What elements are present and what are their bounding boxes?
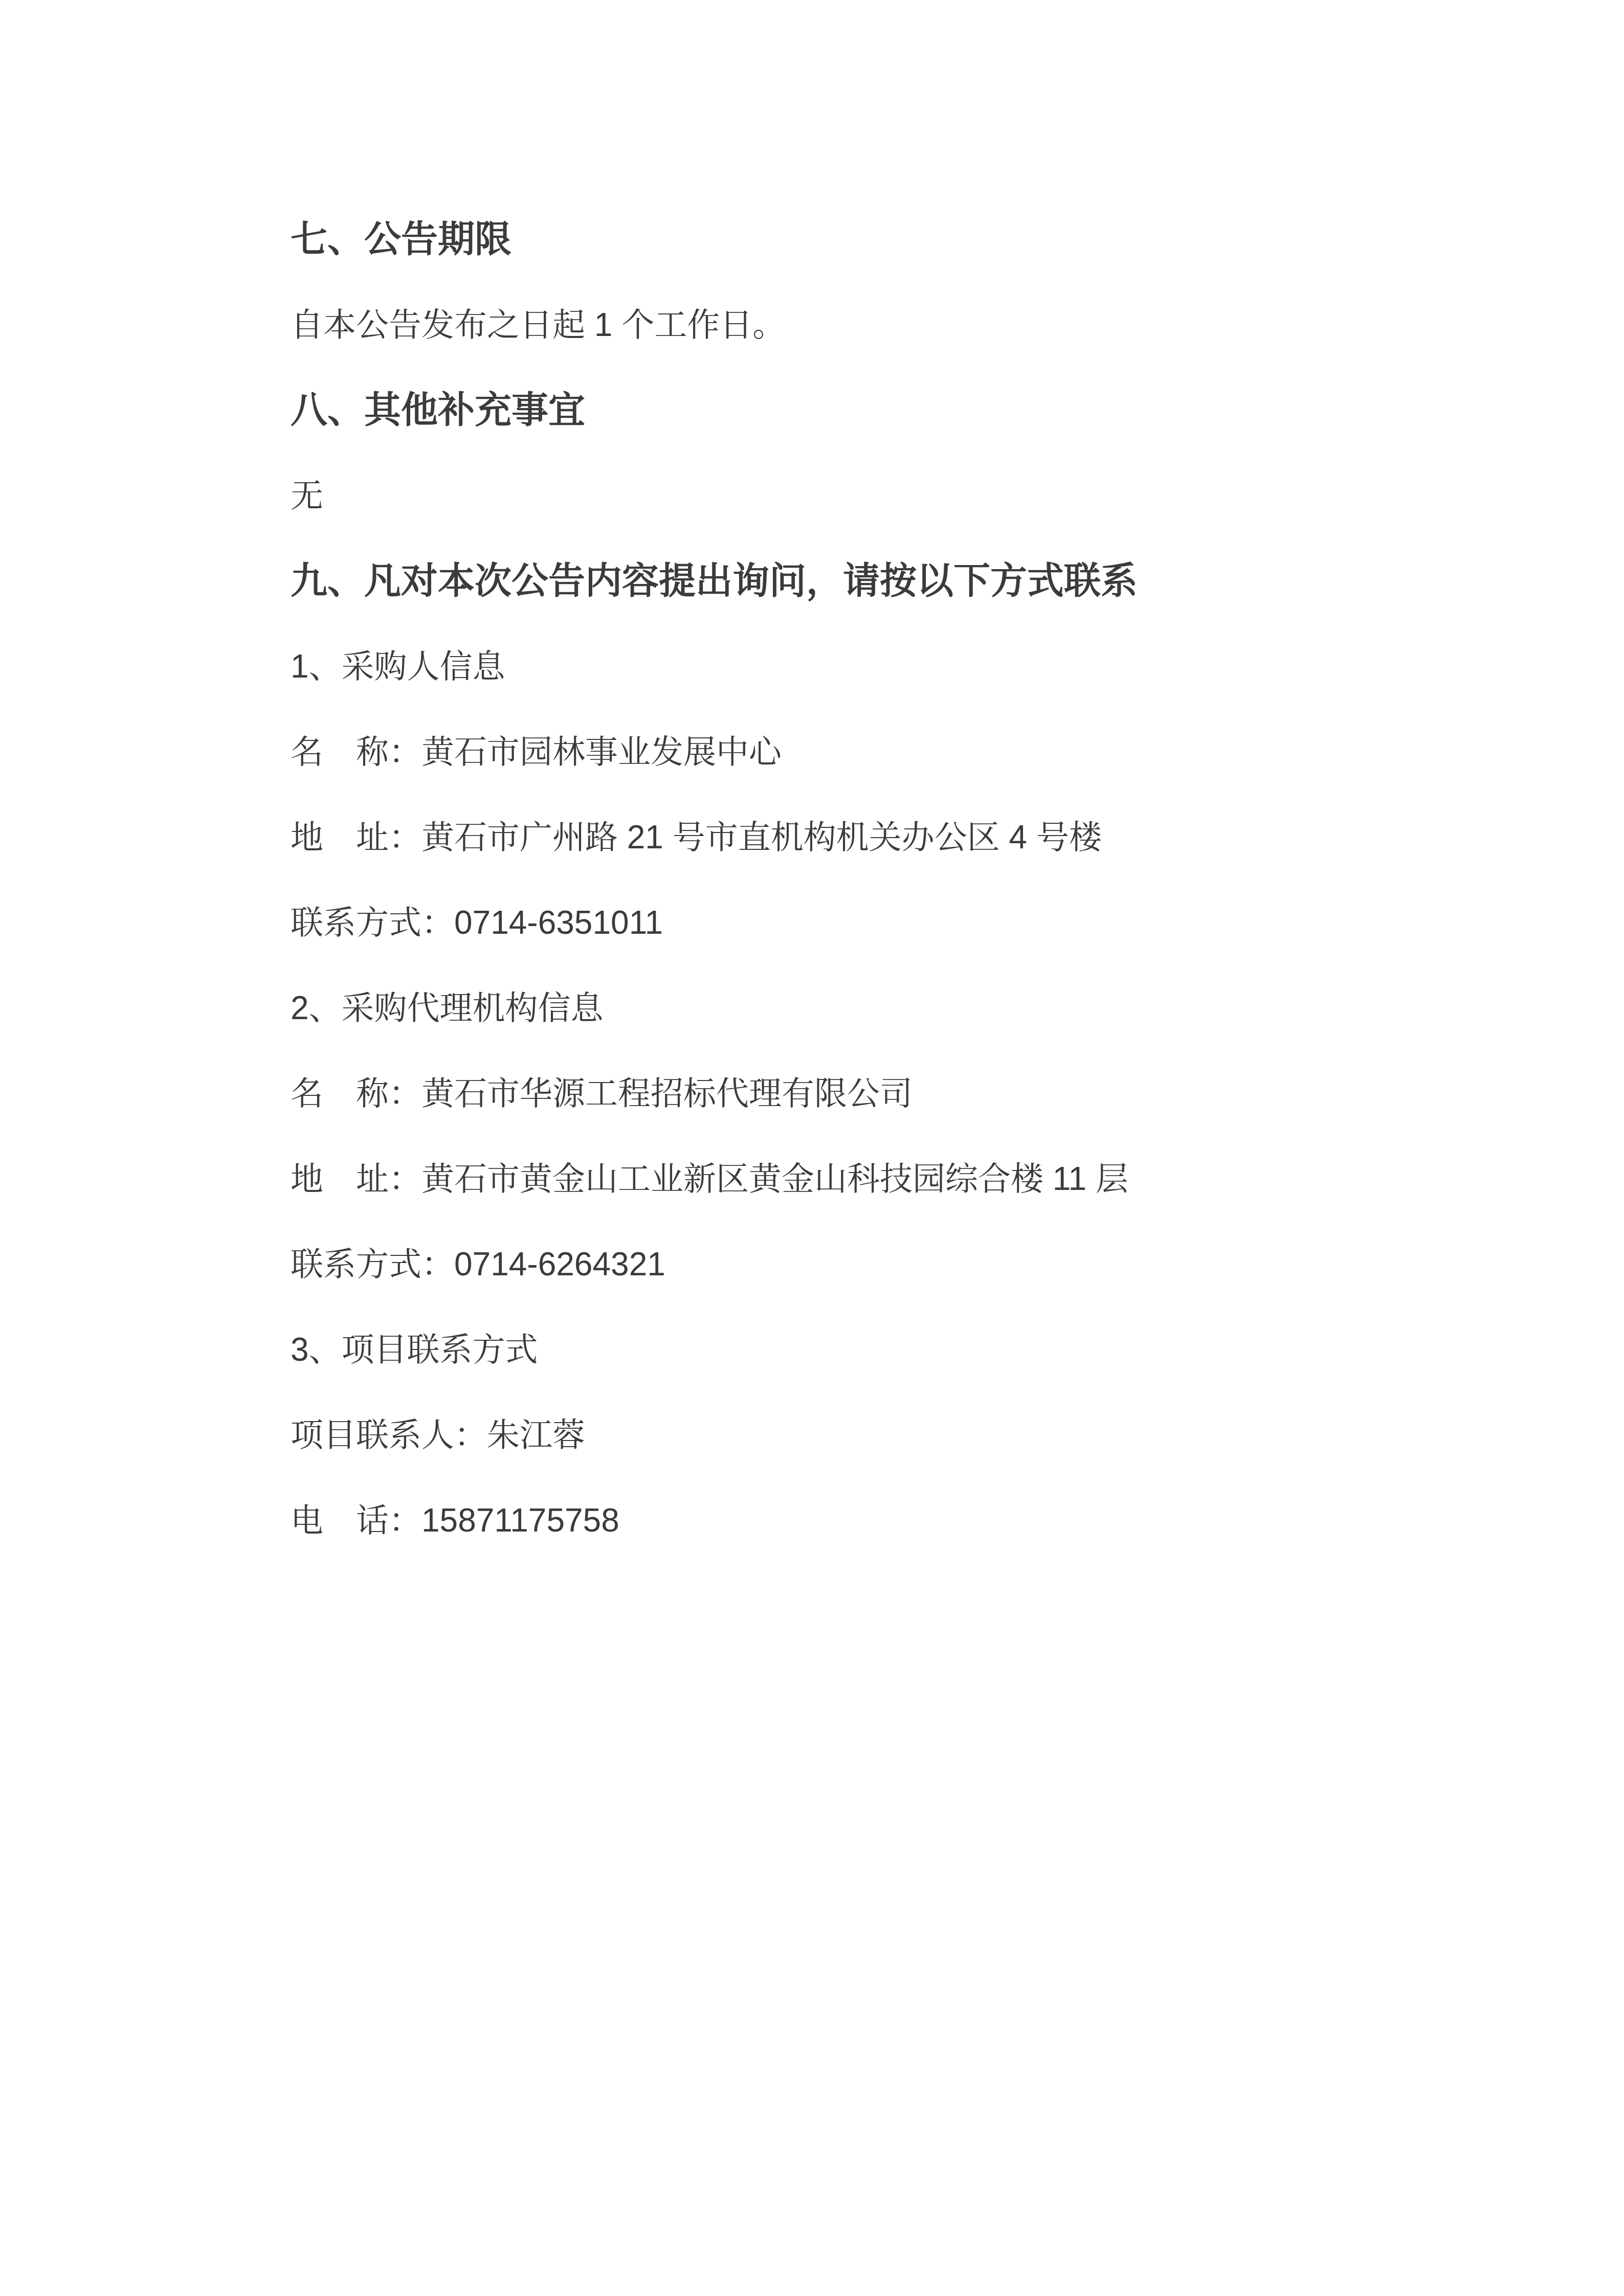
agency-name: 名 称：黄石市华源工程招标代理有限公司 — [291, 1051, 1416, 1136]
section-7-heading: 七、公告期限 — [291, 197, 1416, 282]
project-contact-person: 项目联系人：朱江蓉 — [291, 1392, 1416, 1478]
section-8-heading: 八、其他补充事宜 — [291, 368, 1416, 453]
purchaser-contact: 联系方式：0714-6351011 — [291, 880, 1416, 965]
agency-contact: 联系方式：0714-6264321 — [291, 1222, 1416, 1307]
project-label: 3、项目联系方式 — [291, 1307, 1416, 1392]
purchaser-label: 1、采购人信息 — [291, 624, 1416, 709]
purchaser-address: 地 址：黄石市广州路 21 号市直机构机关办公区 4 号楼 — [291, 795, 1416, 880]
project-phone: 电 话：15871175758 — [291, 1478, 1416, 1563]
purchaser-name: 名 称：黄石市园林事业发展中心 — [291, 709, 1416, 795]
agency-label: 2、采购代理机构信息 — [291, 965, 1416, 1051]
section-7-body: 自本公告发布之日起 1 个工作日。 — [291, 282, 1416, 368]
section-9-heading: 九、凡对本次公告内容提出询问，请按以下方式联系 — [291, 538, 1416, 624]
section-8-body: 无 — [291, 453, 1416, 538]
document-page: { "colors": { "text": "#3b3b3b", "page_b… — [0, 0, 1624, 2296]
announcement-body: 七、公告期限 自本公告发布之日起 1 个工作日。 八、其他补充事宜 无 九、凡对… — [291, 197, 1416, 1563]
agency-address: 地 址：黄石市黄金山工业新区黄金山科技园综合楼 11 层 — [291, 1136, 1416, 1222]
